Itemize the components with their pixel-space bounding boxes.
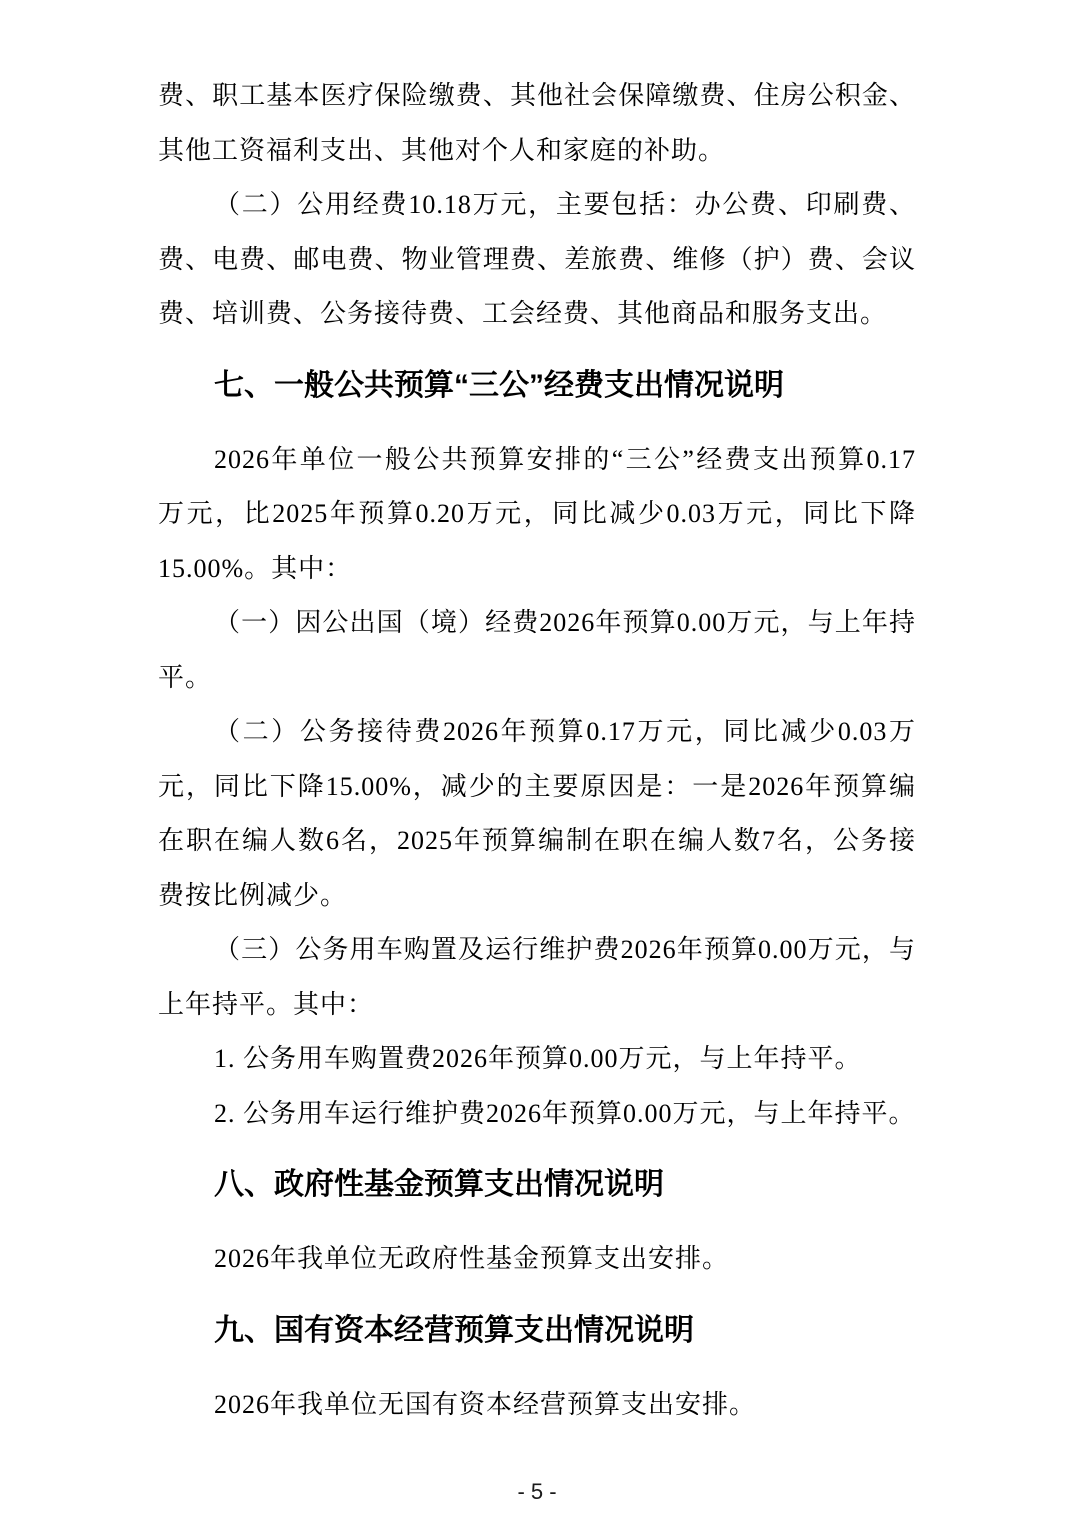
text-line: 在职在编人数6名，2025年预算编制在职在编人数7名，公务接待 <box>158 814 916 869</box>
document-page: 费、职工基本医疗保险缴费、其他社会保障缴费、住房公积金、其他工资福利支出、其他对… <box>0 0 1074 1520</box>
text-line: 2026年单位一般公共预算安排的“三公”经费支出预算0.17 <box>158 433 916 488</box>
paragraph: 费、职工基本医疗保险缴费、其他社会保障缴费、住房公积金、其他工资福利支出、其他对… <box>158 69 916 178</box>
section-heading: 七、一般公共预算“三公”经费支出情况说明 <box>158 359 916 413</box>
text-line: 2. 公务用车运行维护费2026年预算0.00万元，与上年持平。 <box>158 1087 916 1142</box>
text-line: 万元，比2025年预算0.20万元，同比减少0.03万元，同比下降 <box>158 487 916 542</box>
text-line: （二）公务接待费2026年预算0.17万元，同比减少0.03万 <box>158 705 916 760</box>
text-line: 其他工资福利支出、其他对个人和家庭的补助。 <box>158 124 916 179</box>
paragraph: 2026年我单位无国有资本经营预算支出安排。 <box>158 1378 916 1433</box>
section-heading: 八、政府性基金预算支出情况说明 <box>158 1158 916 1212</box>
text-line: 元，同比下降15.00%，减少的主要原因是：一是2026年预算编制 <box>158 760 916 815</box>
text-line: 平。 <box>158 651 916 706</box>
text-line: （一）因公出国（境）经费2026年预算0.00万元，与上年持 <box>158 596 916 651</box>
text-line: 费按比例减少。 <box>158 869 916 924</box>
paragraph: 2. 公务用车运行维护费2026年预算0.00万元，与上年持平。 <box>158 1087 916 1142</box>
text-line: 1. 公务用车购置费2026年预算0.00万元，与上年持平。 <box>158 1032 916 1087</box>
text-line: 15.00%。其中： <box>158 542 916 597</box>
paragraph: 2026年我单位无政府性基金预算支出安排。 <box>158 1232 916 1287</box>
text-line: 费、电费、邮电费、物业管理费、差旅费、维修（护）费、会议 <box>158 233 916 288</box>
page-number: - 5 - <box>0 1480 1074 1504</box>
text-line: （三）公务用车购置及运行维护费2026年预算0.00万元，与 <box>158 923 916 978</box>
paragraph: （一）因公出国（境）经费2026年预算0.00万元，与上年持平。 <box>158 596 916 705</box>
text-line: 2026年我单位无政府性基金预算支出安排。 <box>158 1232 916 1287</box>
document-content: 费、职工基本医疗保险缴费、其他社会保障缴费、住房公积金、其他工资福利支出、其他对… <box>158 69 916 1432</box>
text-line: （二）公用经费10.18万元，主要包括：办公费、印刷费、水 <box>158 178 916 233</box>
paragraph: （二）公务接待费2026年预算0.17万元，同比减少0.03万元，同比下降15.… <box>158 705 916 923</box>
paragraph: 1. 公务用车购置费2026年预算0.00万元，与上年持平。 <box>158 1032 916 1087</box>
text-line: 2026年我单位无国有资本经营预算支出安排。 <box>158 1378 916 1433</box>
paragraph: （二）公用经费10.18万元，主要包括：办公费、印刷费、水费、电费、邮电费、物业… <box>158 178 916 342</box>
text-line: 上年持平。其中： <box>158 978 916 1033</box>
paragraph: （三）公务用车购置及运行维护费2026年预算0.00万元，与上年持平。其中： <box>158 923 916 1032</box>
text-line: 费、职工基本医疗保险缴费、其他社会保障缴费、住房公积金、 <box>158 69 916 124</box>
text-line: 费、培训费、公务接待费、工会经费、其他商品和服务支出。 <box>158 287 916 342</box>
paragraph: 2026年单位一般公共预算安排的“三公”经费支出预算0.17万元，比2025年预… <box>158 433 916 597</box>
section-heading: 九、国有资本经营预算支出情况说明 <box>158 1304 916 1358</box>
